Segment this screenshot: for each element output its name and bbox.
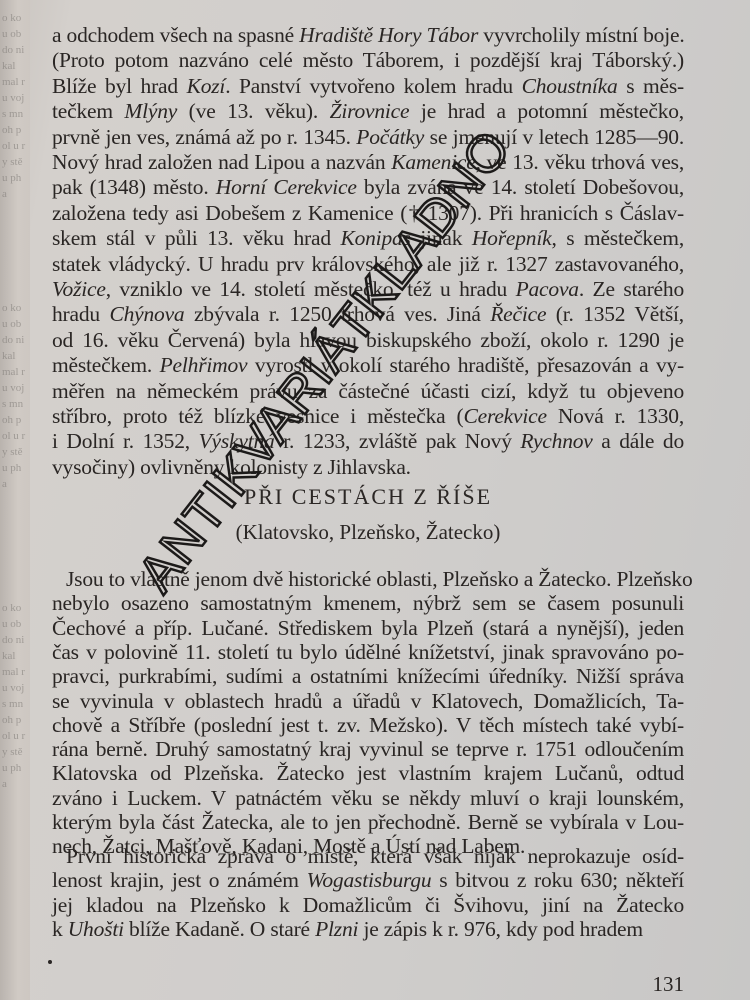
text-run: (r. 1352 Větší, [546,302,684,326]
text-line: se vyvinula v oblastech hradů a úřadů v … [52,688,684,714]
text-line: zváno i Luckem. V patnáctém věku se někd… [52,785,684,811]
text-run: se jmenují v letech 1285—90. [424,125,684,149]
text-line: pravci, purkrabími, sudími a ostatními k… [52,663,684,689]
text-line: Čechové a příp. Lučané. Střediskem byla … [52,615,684,641]
section-heading: PŘI CESTÁCH Z ŘÍŠE [52,484,684,510]
text-run: První historická zpráva o místě, která v… [66,844,684,868]
text-run: tečkem [52,99,124,123]
text-line: a odchodem všech na spasné Hradiště Hory… [52,22,684,48]
text-run: kterým byla část Žatecka, ale to jen pře… [52,810,684,834]
text-run: vyvrcholily místní boje. [478,23,684,47]
italic-place-name: Kozí [187,74,226,98]
page-number: 131 [653,972,685,997]
text-run: blíže Kadaně. O staré [124,917,315,941]
italic-place-name: Kamenice [391,150,475,174]
text-run: rána berně. Druhý samostatný kraj vyvinu… [52,737,684,761]
text-run: městečkem. [52,353,160,377]
text-run: (ve 13. věku). [177,99,329,123]
text-run: Nová r. 1330, [547,404,684,428]
text-line: skem stál v půli 13. věku hrad Konipas j… [52,225,684,251]
text-run: Blíže byl hrad [52,74,187,98]
italic-place-name: Konipas [340,226,410,250]
left-page-ghost-text: o kou obdo nikal mal ru vojs mnoh pol u … [2,10,26,202]
text-run: od 16. věku Červená) byla hlavou biskups… [52,328,684,352]
text-line: jej kladou na Plzeňsko k Domažlicům či Š… [52,892,684,918]
text-run: , ve 13. věku trhová ves, [476,150,684,174]
text-run: je zápis k r. 976, kdy pod hradem [358,917,643,941]
text-line: vysočiny) ovlivněny kolonisty z Jihlavsk… [52,454,684,480]
text-run: r. 1233, zvláště pak Nový [275,429,521,453]
text-run: Klatovska od Plzeňska. Žatecko jest vlas… [52,761,684,785]
text-run: s měs- [618,74,684,98]
text-run: čas v polovině 11. století tu bylo úděln… [52,640,684,664]
text-run: nebylo osazeno samostatným kmenem, nýbrž… [52,591,684,615]
italic-place-name: Choustníka [522,74,618,98]
text-run: jinak [411,226,472,250]
text-line: tečkem Mlýny (ve 13. věku). Žirovnice je… [52,98,684,124]
section-subheading: (Klatovsko, Plzeňsko, Žatecko) [52,520,684,545]
text-line: od 16. věku Červená) byla hlavou biskups… [52,327,684,353]
text-run: vysočiny) ovlivněny kolonisty z Jihlavsk… [52,455,411,479]
italic-place-name: Uhošti [68,917,124,941]
left-page-ghost-text: o kou obdo nikal mal ru vojs mnoh pol u … [2,300,26,492]
text-line: lenost krajin, jest o známém Wogastisbur… [52,867,684,893]
text-run: k [52,917,68,941]
text-line: kterým byla část Žatecka, ale to jen pře… [52,809,684,835]
text-run: . Panství vytvořeno kolem hradu [225,74,521,98]
text-line: rána berně. Druhý samostatný kraj vyvinu… [52,736,684,762]
text-line: k Uhošti blíže Kadaně. O staré Plzni je … [52,916,684,942]
text-run: (Proto potom nazváno celé město Táborem,… [52,48,684,72]
text-line: Nový hrad založen nad Lipou a nazván Kam… [52,149,684,175]
italic-place-name: Chýnova [109,302,184,326]
text-run: založena tedy asi Dobešem z Kamenice († … [52,201,684,225]
italic-place-name: Pelhřimov [160,353,248,377]
text-line: nebylo osazeno samostatným kmenem, nýbrž… [52,590,684,616]
text-run: skem stál v půli 13. věku hrad [52,226,340,250]
text-line: založena tedy asi Dobešem z Kamenice († … [52,200,684,226]
text-run: chově a Stříbře (poslední jest t. zv. Me… [52,713,684,737]
italic-place-name: Řečice [490,302,546,326]
text-run: Nový hrad založen nad Lipou a nazván [52,150,391,174]
text-run: pak (1348) město. [52,175,216,199]
text-line: Blíže byl hrad Kozí. Panství vytvořeno k… [52,73,684,99]
text-run: i Dolní r. 1352, [52,429,199,453]
text-run: Čechové a příp. Lučané. Střediskem byla … [52,616,684,640]
text-line: měřen na německém právu za částečné účas… [52,378,684,404]
left-page-edge: o kou obdo nikal mal ru vojs mnoh pol u … [0,0,30,1000]
stray-mark [48,960,52,964]
text-run: zbývala r. 1250 trhová ves. Jiná [184,302,490,326]
italic-place-name: Počátky [356,125,424,149]
text-run: , s městečkem, [551,226,684,250]
text-run: statek vládycký. U hradu prv královského… [52,252,684,276]
text-line: (Proto potom nazváno celé město Táborem,… [52,47,684,73]
italic-place-name: Horní Cerekvice [216,175,357,199]
italic-place-name: Wogastisburgu [307,868,432,892]
text-line: stříbro, proto též blízké vesnice i měst… [52,403,684,429]
italic-place-name: Vožice [52,277,106,301]
text-run: byla zvána ve 14. století Dobešovou, [357,175,684,199]
italic-place-name: Hradiště Hory Tábor [299,23,478,47]
text-run: , vzniklo ve 14. století městečko, též u… [106,277,516,301]
italic-place-name: Hořepník [472,226,552,250]
text-line: Jsou to vlastně jenom dvě historické obl… [66,566,684,592]
book-page: a odchodem všech na spasné Hradiště Hory… [52,0,684,1000]
text-run: se vyvinula v oblastech hradů a úřadů v … [52,689,684,713]
text-line: hradu Chýnova zbývala r. 1250 trhová ves… [52,301,684,327]
text-run: s bitvou z roku 630; někteří [431,868,684,892]
text-run: stříbro, proto též blízké vesnice i měst… [52,404,463,428]
text-run: a odchodem všech na spasné [52,23,299,47]
text-run: . Ze starého [579,277,684,301]
text-line: První historická zpráva o místě, která v… [66,843,684,869]
text-run: Jsou to vlastně jenom dvě historické obl… [66,567,693,591]
italic-place-name: Mlýny [124,99,177,123]
text-line: i Dolní r. 1352, Výskytná r. 1233, zvláš… [52,428,684,454]
text-run: zváno i Luckem. V patnáctém věku se někd… [52,786,684,810]
text-line: statek vládycký. U hradu prv královského… [52,251,684,277]
italic-place-name: Cerekvice [463,404,546,428]
text-run: měřen na německém právu za částečné účas… [52,379,684,403]
italic-place-name: Žirovnice [330,99,410,123]
italic-place-name: Rychnov [520,429,592,453]
italic-place-name: Plzni [315,917,358,941]
left-page-ghost-text: o kou obdo nikal mal ru vojs mnoh pol u … [2,600,26,792]
text-run: vyrostl v okolí starého hradiště, přesaz… [247,353,684,377]
text-line: Vožice, vzniklo ve 14. století městečko,… [52,276,684,302]
italic-place-name: Pacova [516,277,579,301]
text-line: čas v polovině 11. století tu bylo úděln… [52,639,684,665]
italic-place-name: Výskytná [199,429,275,453]
text-line: chově a Stříbře (poslední jest t. zv. Me… [52,712,684,738]
text-line: pak (1348) město. Horní Cerekvice byla z… [52,174,684,200]
text-run: jej kladou na Plzeňsko k Domažlicům či Š… [52,893,684,917]
text-run: a dále do [593,429,684,453]
text-line: městečkem. Pelhřimov vyrostl v okolí sta… [52,352,684,378]
text-run: lenost krajin, jest o známém [52,868,307,892]
text-run: je hrad a potomní městečko, [409,99,684,123]
text-run: prvně jen ves, známá až po r. 1345. [52,125,356,149]
text-line: Klatovska od Plzeňska. Žatecko jest vlas… [52,760,684,786]
text-run: pravci, purkrabími, sudími a ostatními k… [52,664,684,688]
text-run: hradu [52,302,109,326]
text-line: prvně jen ves, známá až po r. 1345. Počá… [52,124,684,150]
